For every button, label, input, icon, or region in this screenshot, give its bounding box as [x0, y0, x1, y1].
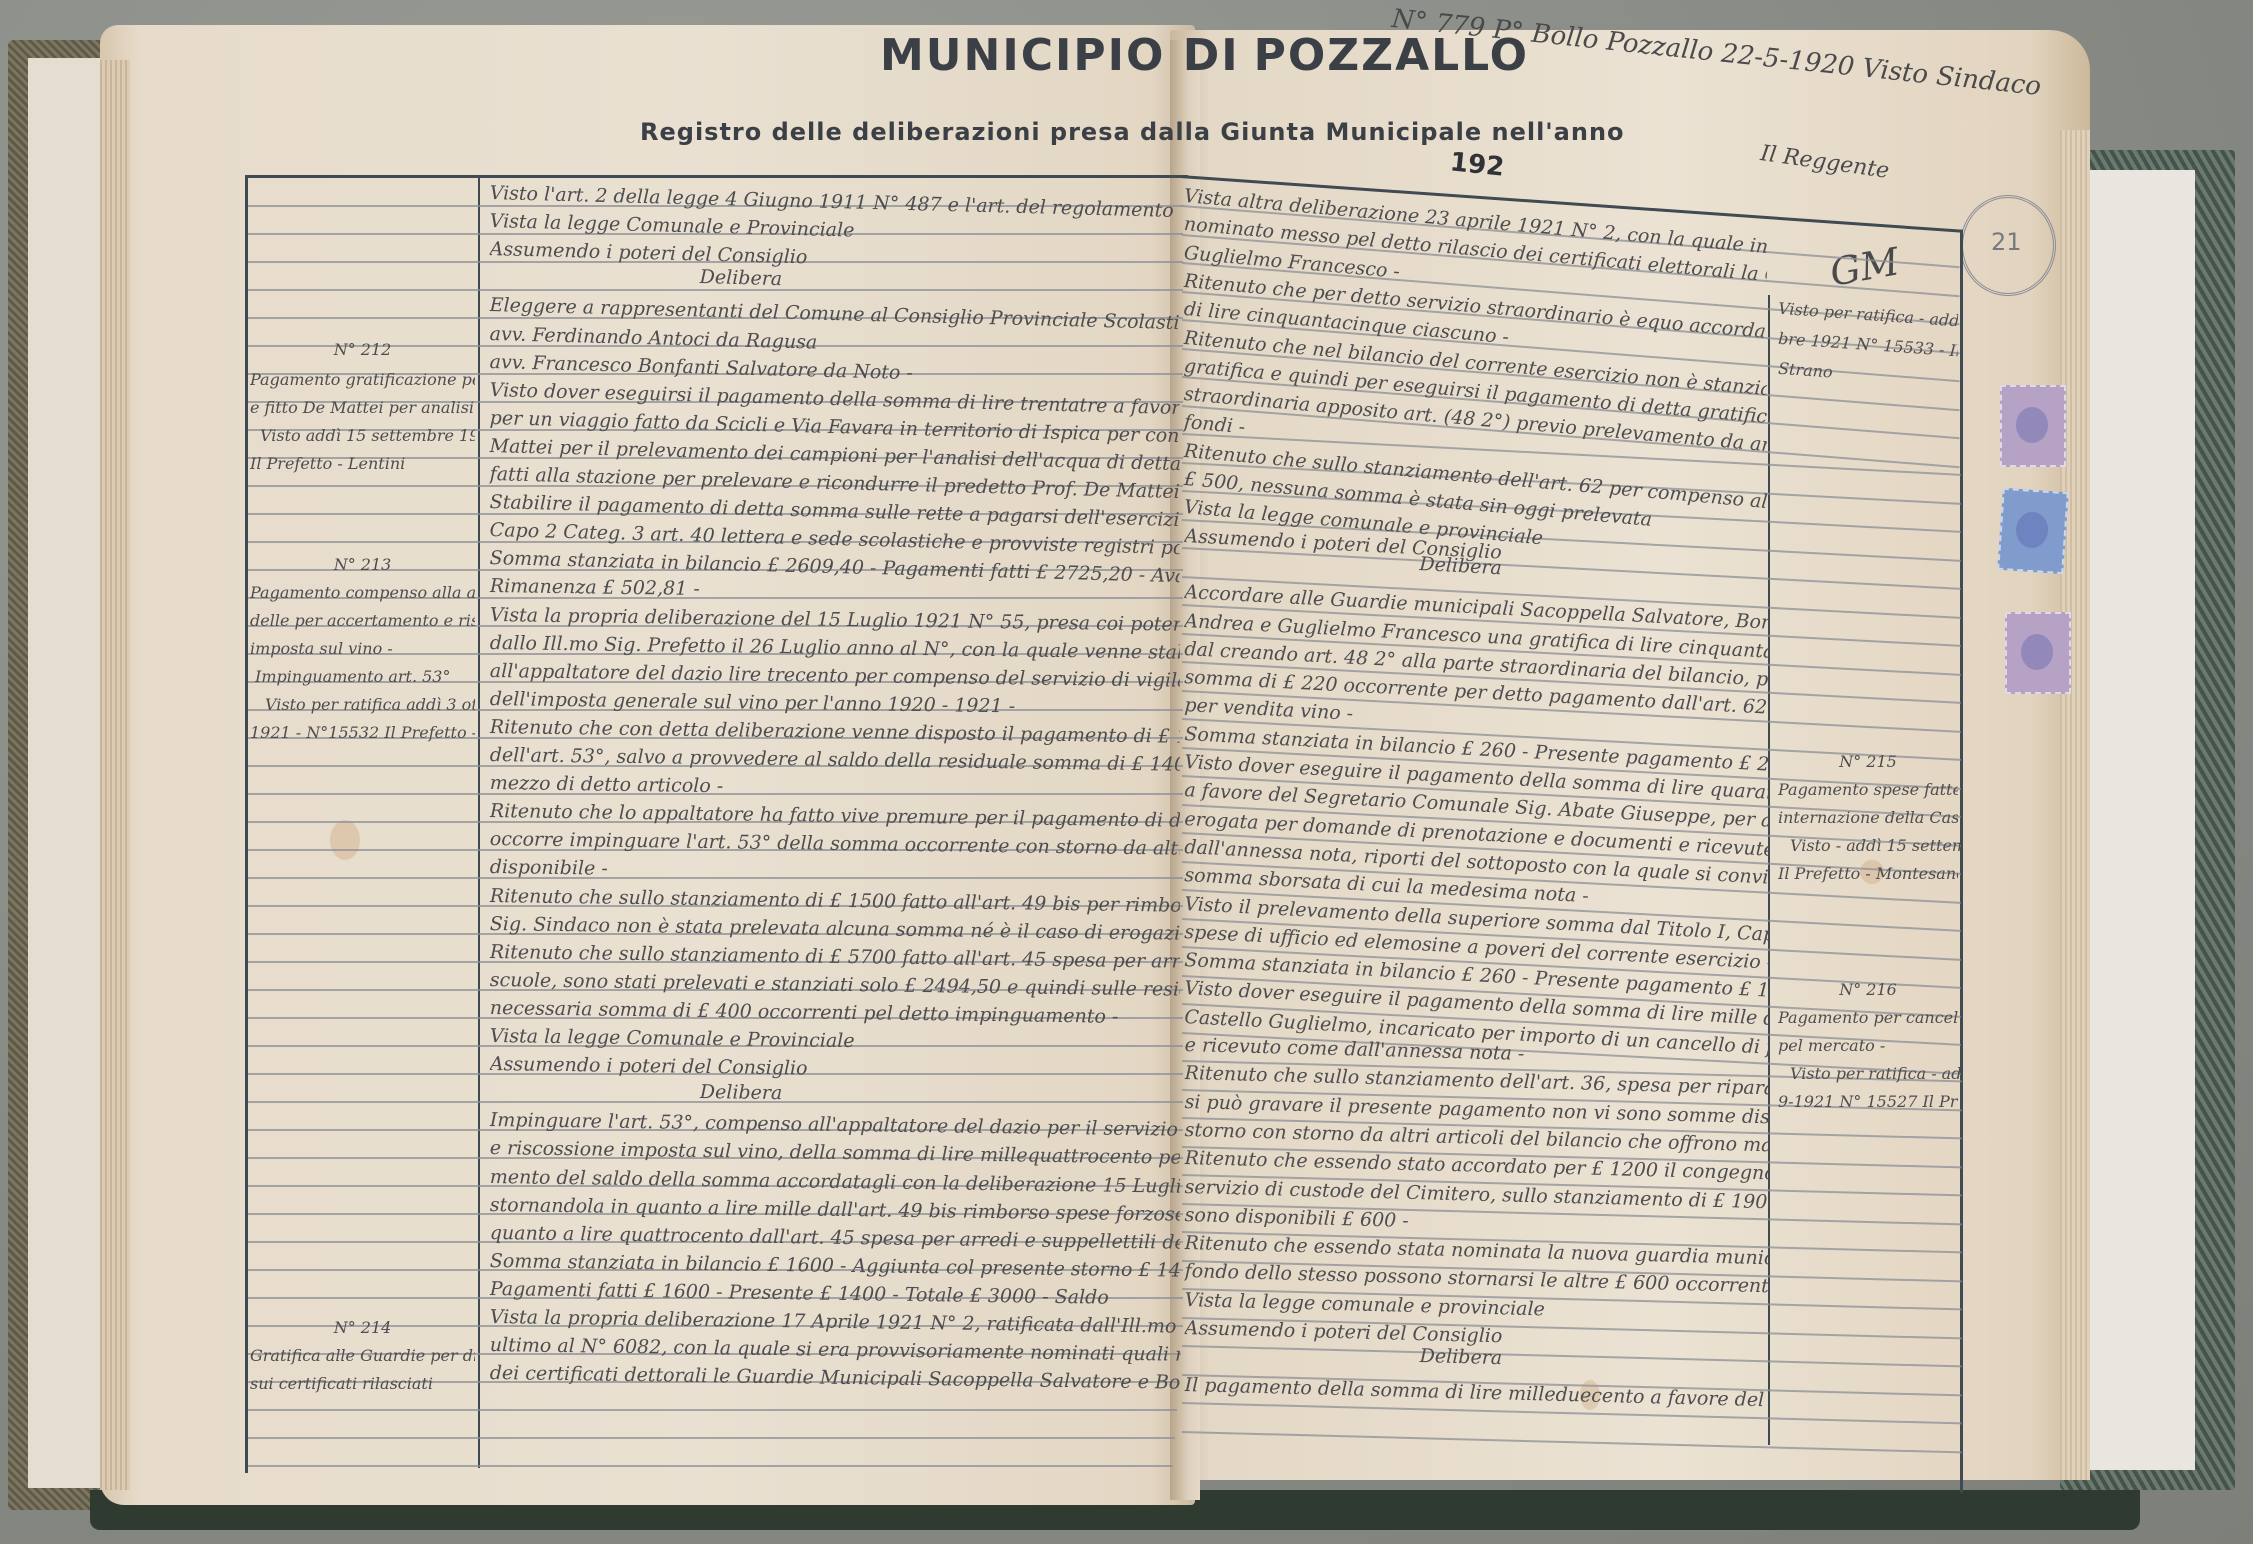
entry-line: delle per accertamento e riscossione [250, 611, 475, 630]
ruled-line [248, 1437, 1175, 1439]
revenue-stamp-icon [2005, 612, 2071, 694]
entry-line: Impinguamento art. 53° [255, 667, 475, 686]
left-page-edges [100, 60, 130, 1490]
ruled-line [248, 1409, 1177, 1411]
right-page-border [1960, 300, 1963, 1440]
revenue-stamp-icon [1997, 488, 2069, 574]
entry-line: e fitto De Mattei per analisi dell'acqua [250, 398, 475, 417]
book-flyleaf-right [2080, 170, 2195, 1470]
entry-line: 1921 - N°15532 Il Prefetto - Strano [250, 723, 475, 742]
entry-line: Visto addì 15 settembre 1921 N°1552 [260, 426, 475, 445]
register-year: 192 [1449, 147, 1506, 183]
ruled-line [248, 1465, 1173, 1467]
entry-line: Il Prefetto - Lentini [250, 454, 475, 473]
entry-line: internazione della Cassa ed altri [1778, 808, 1958, 827]
section-heading-delibera: Delibera [700, 1081, 900, 1106]
entry-line: Pagamento spese fatte nella [1778, 780, 1958, 799]
entry-line: 9-1921 N° 15527 Il Prefetto - Strano [1778, 1092, 1958, 1111]
ruled-line [248, 289, 1183, 291]
entry-line: pel mercato - [1778, 1036, 1958, 1055]
entry-line: Gratifica alle Guardie per diritto [250, 1346, 475, 1365]
official-seal-icon: 21 [1960, 195, 2056, 296]
entry-line: imposta sul vino - [250, 639, 475, 658]
entry-line: Visto per ratifica addì 3 ottobre [265, 695, 475, 714]
entry-line: Visto per ratifica - addì 25 [1790, 1064, 1960, 1083]
seal-number: 21 [1991, 228, 2022, 256]
entry-number: N° 214 [250, 1318, 475, 1337]
entry-line: sui certificati rilasciati [250, 1374, 475, 1393]
left-margin-column-divider [478, 178, 480, 1468]
title-municipio: MUNICIPIO DI [880, 30, 1240, 81]
entry-number: N° 215 [1778, 752, 1958, 771]
entry-number: N° 212 [250, 340, 475, 359]
right-page-edges [2060, 130, 2090, 1480]
entry-line: Pagamento per cancello di ferro [1778, 1008, 1958, 1027]
entry-line: Il Prefetto - Montesano [1778, 864, 1958, 883]
register-subtitle: Registro delle deliberazioni presa dalla… [640, 118, 1625, 146]
entry-line: Pagamento compenso alla appaltatore [250, 583, 475, 602]
entry-number: N° 213 [250, 555, 475, 574]
entry-line: Visto - addì 15 settembre 1921 [1790, 836, 1960, 855]
revenue-stamp-icon [2000, 385, 2066, 467]
entry-number: N° 216 [1778, 980, 1958, 999]
entry-line: Pagamento gratificazione pei viaggi [250, 370, 475, 389]
